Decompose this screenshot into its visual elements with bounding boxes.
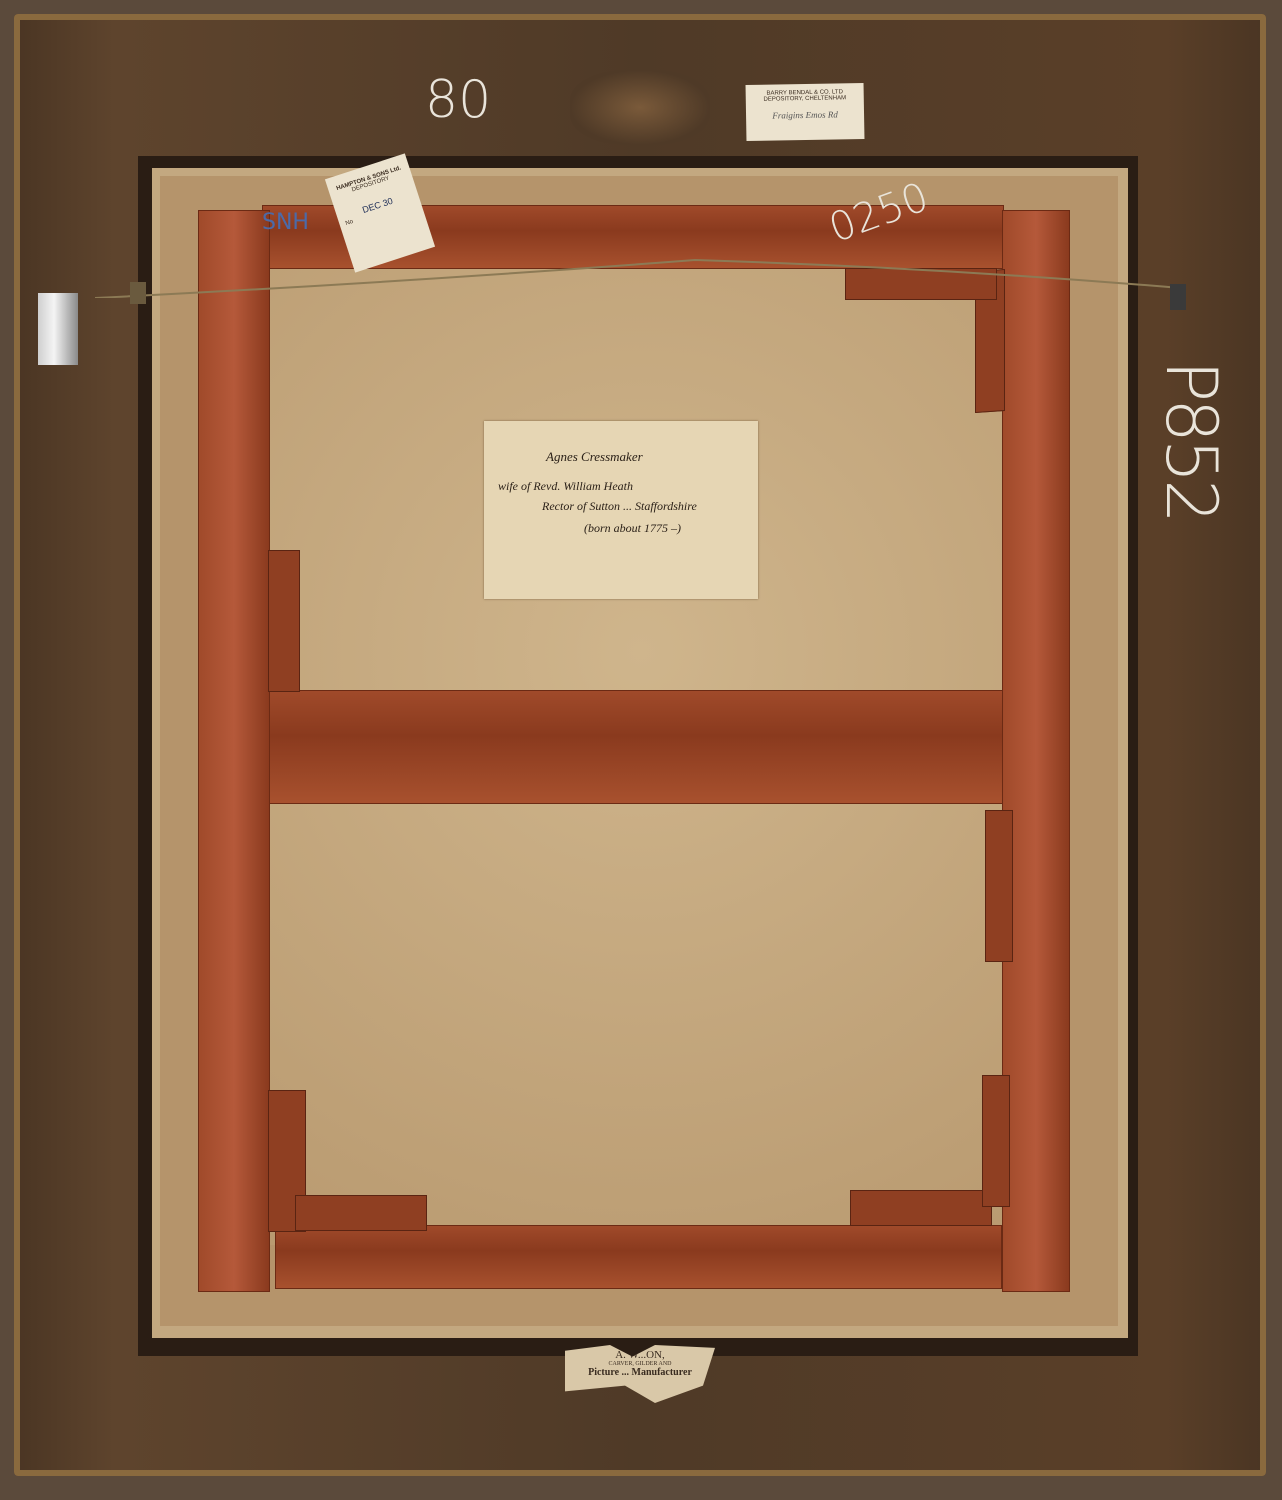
stretcher-key xyxy=(268,550,300,692)
hanging-wire xyxy=(95,258,1185,298)
chalk-inventory-number: P852 xyxy=(1150,360,1232,520)
stretcher-key xyxy=(982,1075,1010,1207)
label-line-born: (born about 1775 –) xyxy=(584,521,681,536)
wire-hook-left-icon xyxy=(130,282,146,304)
blue-crayon-mark: SNH xyxy=(262,210,309,235)
stretcher-key xyxy=(295,1195,427,1231)
gilder-picture-frame: Picture ... Manufacturer xyxy=(565,1367,715,1378)
stretcher-bar-bottom xyxy=(275,1225,1002,1289)
faded-trade-label xyxy=(570,70,710,145)
label-line-rector: Rector of Sutton ... Staffordshire xyxy=(542,499,697,514)
stretcher-key xyxy=(985,810,1013,962)
stretcher-crossbar xyxy=(265,690,1007,804)
wire-hook-right-icon xyxy=(1170,284,1186,310)
label-address: DEPOSITORY, CHELTENHAM xyxy=(746,95,864,103)
label-line-name: Agnes Cressmaker xyxy=(546,449,643,465)
depository-label-cheltenham: BARRY BENDAL & CO. LTD DEPOSITORY, CHELT… xyxy=(746,83,865,141)
stretcher-bar-right xyxy=(1002,210,1070,1292)
stretcher-key xyxy=(850,1190,992,1226)
chalk-mark-top: 80 xyxy=(425,70,491,130)
label-line-husband: wife of Revd. William Heath xyxy=(498,479,633,494)
label-handwritten: Fraigins Emos Rd xyxy=(746,109,864,121)
provenance-label: Agnes Cressmaker wife of Revd. William H… xyxy=(484,421,758,599)
stretcher-bar-left xyxy=(198,210,270,1292)
foil-patch xyxy=(38,293,78,365)
